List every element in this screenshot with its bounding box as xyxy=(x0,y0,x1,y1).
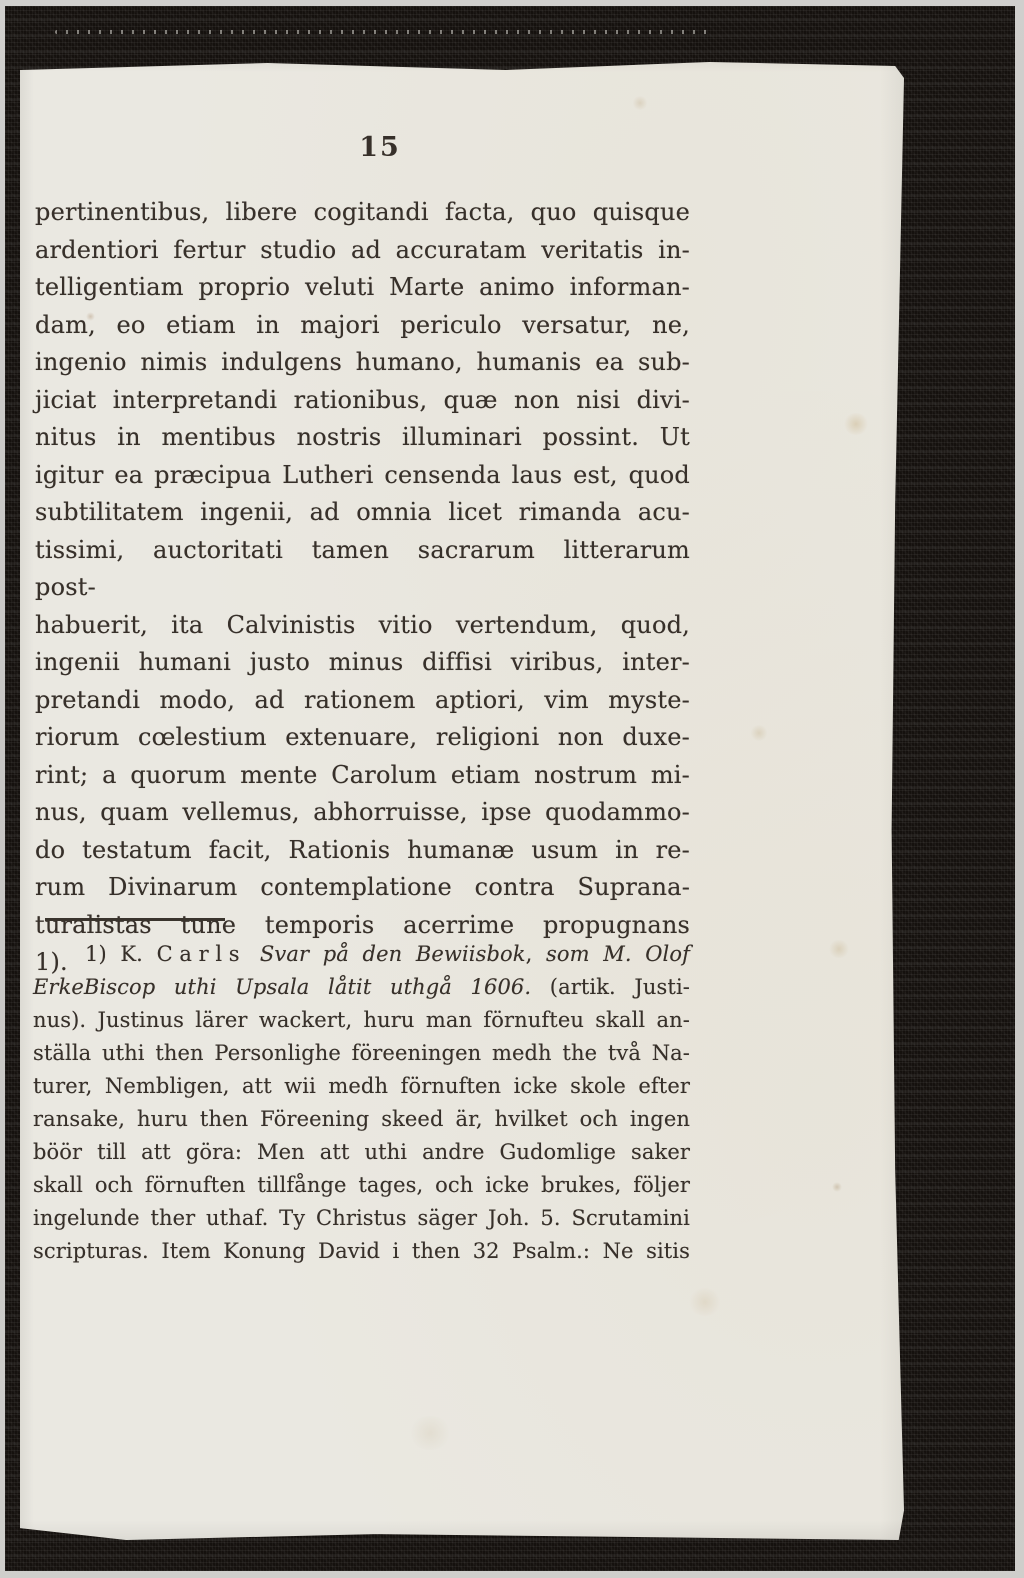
text-line: telligentiam proprio veluti Marte animo … xyxy=(35,269,690,307)
footnote-line: böör till att göra: Men att uthi andre G… xyxy=(33,1136,690,1169)
text-line: nus, quam vellemus, abhorruisse, ipse qu… xyxy=(35,794,690,832)
footnote-text-segment: , xyxy=(526,942,546,966)
author-name: Carls xyxy=(157,942,247,966)
page-number: 15 xyxy=(320,132,440,163)
footnote-line: scripturas. Item Konung David i then 32 … xyxy=(33,1235,690,1268)
footnote-line: ingelunde ther uthaf. Ty Christus säger … xyxy=(33,1202,690,1235)
text-line: riorum cœlestium extenuare, religioni no… xyxy=(35,719,690,757)
footnote-line: nus). Justinus lärer wackert, huru man f… xyxy=(33,1004,690,1037)
stain xyxy=(688,1288,722,1316)
stain xyxy=(632,96,648,110)
footnote-rule xyxy=(45,918,225,921)
stain xyxy=(828,940,850,958)
text-line: igitur ea præcipua Lutheri censenda laus… xyxy=(35,457,690,495)
text-line: jiciat interpretandi rationibus, quæ non… xyxy=(35,382,690,420)
footnote-line: ställa uthi then Personlighe föreeningen… xyxy=(33,1037,690,1070)
footnote-line: ErkeBiscop uthi Upsala låtit uthgå 1606.… xyxy=(33,971,690,1004)
book-scan: 15 pertinentibus, libere cogitandi facta… xyxy=(0,0,1024,1578)
text-line: subtilitatem ingenii, ad omnia licet rim… xyxy=(35,494,690,532)
stain xyxy=(750,725,768,741)
text-line: rint; a quorum mente Carolum etiam nostr… xyxy=(35,757,690,795)
text-line: rum Divinarum contemplatione contra Supr… xyxy=(35,869,690,907)
footnote-line: skall och förnuften tillfånge tages, och… xyxy=(33,1169,690,1202)
footnote-text-segment: som M. Olof xyxy=(546,942,690,966)
text-line: do testatum facit, Rationis humanæ usum … xyxy=(35,832,690,870)
footnote-marker: 1) K. xyxy=(85,942,157,966)
text-line: habuerit, ita Calvinistis vitio vertendu… xyxy=(35,607,690,645)
footnote-line: 1) K. Carls Svar på den Bewiisbok, som M… xyxy=(33,938,690,971)
stain xyxy=(843,413,869,435)
book-page: 15 pertinentibus, libere cogitandi facta… xyxy=(20,60,904,1540)
work-title: Svar på den Bewiisbok xyxy=(246,942,525,966)
text-line: ingenii humani justo minus diffisi virib… xyxy=(35,644,690,682)
stain xyxy=(832,1182,842,1192)
text-line: ingenio nimis indulgens humano, humanis … xyxy=(35,344,690,382)
footnote-block: 1) K. Carls Svar på den Bewiisbok, som M… xyxy=(33,938,690,1268)
footnote-line: ransake, huru then Föreening skeed är, h… xyxy=(33,1103,690,1136)
text-line: pertinentibus, libere cogitandi facta, q… xyxy=(35,194,690,232)
text-line: pretandi modo, ad rationem aptiori, vim … xyxy=(35,682,690,720)
footnote-text-segment: (artik. Justi- xyxy=(531,975,690,999)
perforation-dots xyxy=(55,30,715,34)
text-line: tissimi, auctoritati tamen sacrarum litt… xyxy=(35,532,690,607)
text-line: nitus in mentibus nostris illuminari pos… xyxy=(35,419,690,457)
main-text-block: pertinentibus, libere cogitandi facta, q… xyxy=(35,194,690,982)
stain xyxy=(408,1416,452,1450)
text-line: dam, eo etiam in majori periculo versatu… xyxy=(35,307,690,345)
text-line: ardentiori fertur studio ad accuratam ve… xyxy=(35,232,690,270)
footnote-line: turer, Nembligen, att wii medh förnuften… xyxy=(33,1070,690,1103)
footnote-text-segment: ErkeBiscop uthi Upsala låtit uthgå 1606. xyxy=(33,975,531,999)
